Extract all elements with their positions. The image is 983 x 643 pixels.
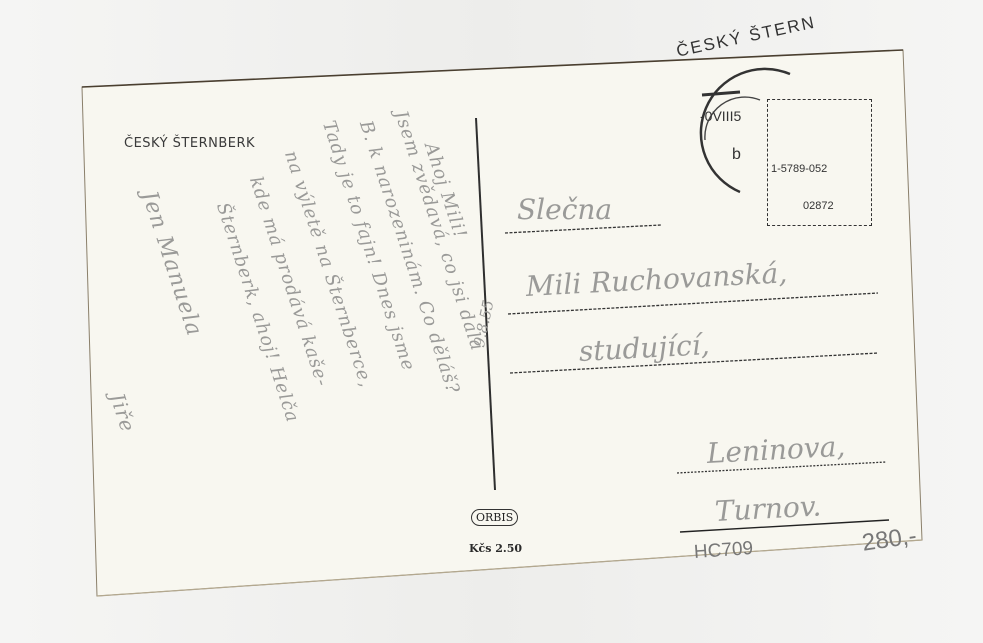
address-line-3: studující, — [578, 328, 710, 368]
price-label: Kčs 2.50 — [469, 542, 522, 555]
address-line-5: Turnov. — [714, 489, 822, 528]
orbis-logo: ORBIS — [471, 509, 518, 526]
catalog-note: HC709 — [693, 538, 754, 564]
postcard-title: ČESKÝ ŠTERNBERK — [124, 136, 255, 151]
postmark-date: -0VIII5 — [700, 108, 741, 124]
stamp-code: 1-5789-052 — [771, 163, 827, 175]
address-line-1: Slečna — [517, 193, 612, 226]
stamp-number: 02872 — [803, 200, 834, 212]
postmark-letter: b — [732, 146, 741, 164]
